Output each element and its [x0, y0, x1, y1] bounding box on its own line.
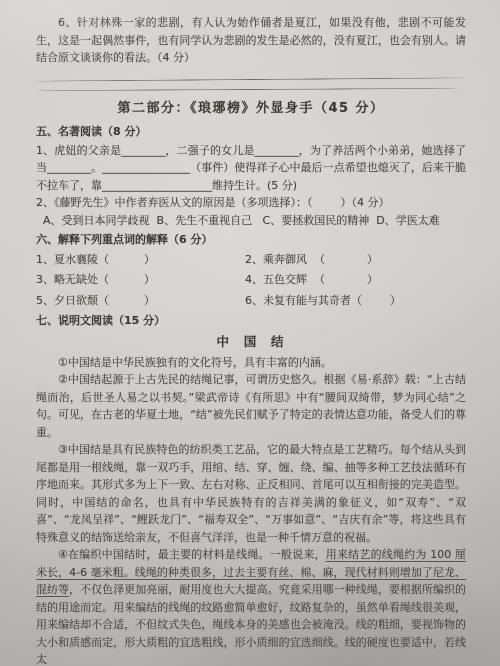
paragraph-text: ①中国结是中华民族独有的文化符号，具有丰富的内涵。 [58, 356, 332, 369]
paragraph-text: ④在编织中国结时，最主要的材料是线绳。一般说来， [58, 548, 326, 561]
word-item: 3、略无缺处（ ） [36, 270, 241, 289]
section5-title: 五、名著阅读（8 分） [36, 123, 466, 141]
paragraph-text: ③中国结是具有民族特色的纺织类工艺品，它的最大特点是工艺精巧。每个结从头到尾都是… [36, 443, 466, 544]
exam-page-content: 6、针对林殊一家的悲剧，有人认为始作俑者是夏江，如果没有他，悲剧不可能发生，这是… [36, 14, 466, 666]
essay-paragraph: ③中国结是具有民族特色的纺织类工艺品，它的最大特点是工艺精巧。每个结从头到尾都是… [36, 441, 466, 546]
essay-paragraph: ②中国结起源于上古先民的结绳记事，可谓历史悠久。根据《易·系辞》载：“上古结绳而… [36, 371, 466, 441]
word-item: 2、乘奔御风 （ ） [245, 250, 466, 269]
essay-title: 中 国 结 [36, 333, 466, 351]
divider-line-top [36, 77, 464, 81]
question-6-text: 6、针对林殊一家的悲剧，有人认为始作俑者是夏江，如果没有他，悲剧不可能发生，这是… [36, 14, 466, 67]
paragraph-text: ，不仅色泽更加亮丽，耐用度也大大提高。究竟采用哪一种线绳，要根据所编织的结的用途… [36, 583, 466, 666]
essay-body: ①中国结是中华民族独有的文化符号，具有丰富的内涵。②中国结起源于上古先民的结绳记… [36, 354, 466, 666]
section5-question2: 2、《藤野先生》中作者弃医从文的原因是（多项选择）：（ ）（4 分） [36, 194, 466, 212]
section5-question1: 1、虎妞的父亲是________，二强子的女儿是________，为了养活两个小… [36, 142, 466, 195]
word-item: 5、夕日欲颓（ ） [36, 291, 241, 310]
part2-header: 第二部分：《琅琊榜》外显身手（45 分） [36, 100, 466, 118]
section-divider [36, 79, 464, 90]
word-item: 4、五色交辉 （ ） [245, 270, 466, 289]
section5-question2-options: A、受到日本同学歧视 B、先生不重视自己 C、要拯救国民的精神 D、学医太难 [36, 212, 466, 230]
divider-line-bottom [36, 87, 460, 90]
word-item: 1、夏水襄陵（ ） [36, 250, 241, 269]
paragraph-text: ②中国结起源于上古先民的结绳记事，可谓历史悠久。根据《易·系辞》载：“上古结绳而… [36, 373, 466, 439]
word-item: 6、未复有能与其奇者（ ） [245, 291, 466, 310]
section6-title: 六、解释下列重点词的解释（6 分） [36, 231, 466, 249]
essay-paragraph: ①中国结是中华民族独有的文化符号，具有丰富的内涵。 [36, 354, 466, 372]
section6-word-list: 1、夏水襄陵（ ）2、乘奔御风 （ ）3、略无缺处（ ）4、五色交辉 （ ）5、… [36, 250, 466, 310]
essay-paragraph: ④在编织中国结时，最主要的材料是线绳。一般说来，用来结艺的线绳约为 100 厘米… [36, 546, 466, 666]
exam-paper-photo: 6、针对林殊一家的悲剧，有人认为始作俑者是夏江，如果没有他，悲剧不可能发生，这是… [0, 0, 500, 666]
section7-title: 七、说明文阅读（15 分） [36, 312, 466, 330]
